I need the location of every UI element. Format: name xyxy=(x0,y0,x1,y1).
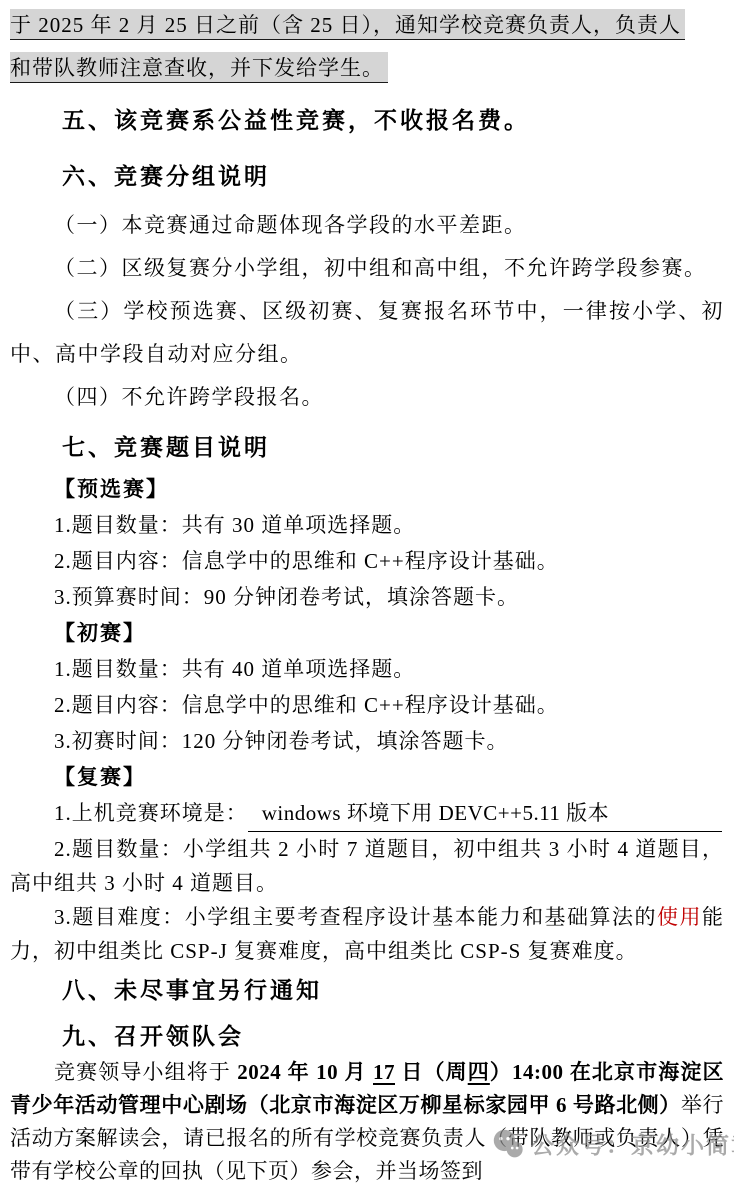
section-7-body: 【预选赛】 1.题目数量：共有 30 道单项选择题。 2.题目内容：信息学中的思… xyxy=(10,471,724,968)
list-item: 2.题目数量：小学组共 2 小时 7 道题目，初中组共 3 小时 4 道题目，高… xyxy=(10,832,724,900)
text-segment: 3.题目难度：小学组主要考查程序设计基本能力和基础算法的 xyxy=(54,905,657,929)
text-segment: 日（周 xyxy=(395,1060,468,1084)
preliminary-round-title: 【预选赛】 xyxy=(54,471,724,507)
environment-line: 1.上机竞赛环境是： windows 环境下用 DEVC++5.11 版本 xyxy=(10,795,724,832)
list-item: 1.题目数量：共有 30 道单项选择题。 xyxy=(10,507,724,543)
list-item: （一）本竞赛通过命题体现各学段的水平差距。 xyxy=(10,204,724,247)
list-item: （三）学校预选赛、区级初赛、复赛报名环节中，一律按小学、初中、高中学段自动对应分… xyxy=(10,290,724,376)
notice-highlight-line: 和带队教师注意查收，并下发给学生。 xyxy=(10,52,388,83)
list-item: 1.题目数量：共有 40 道单项选择题。 xyxy=(10,651,724,687)
notice-highlight-line: 于 2025 年 2 月 25 日之前（含 25 日），通知学校竞赛负责人，负责… xyxy=(10,9,685,40)
section-9-heading: 九、召开领队会 xyxy=(62,1022,724,1050)
text-segment: 使用 xyxy=(657,905,702,929)
text-segment: 17 xyxy=(373,1060,395,1084)
section-9-body: 竞赛领导小组将于 2024 年 10 月 17 日（周四）14:00 在北京市海… xyxy=(10,1056,724,1186)
environment-value-underlined: windows 环境下用 DEVC++5.11 版本 xyxy=(248,795,722,832)
section-5-heading: 五、该竞赛系公益性竞赛，不收报名费。 xyxy=(62,106,724,134)
list-item: （四）不允许跨学段报名。 xyxy=(10,376,724,419)
section-8-heading: 八、未尽事宜另行通知 xyxy=(62,976,724,1004)
list-item: 2.题目内容：信息学中的思维和 C++程序设计基础。 xyxy=(10,687,724,723)
list-item: （二）区级复赛分小学组，初中组和高中组，不允许跨学段参赛。 xyxy=(10,247,724,290)
leaders-meeting-paragraph: 竞赛领导小组将于 2024 年 10 月 17 日（周四）14:00 在北京市海… xyxy=(10,1056,724,1186)
list-item: 2.题目内容：信息学中的思维和 C++程序设计基础。 xyxy=(10,543,724,579)
section-6-body: （一）本竞赛通过命题体现各学段的水平差距。 （二）区级复赛分小学组，初中组和高中… xyxy=(10,204,724,419)
list-item: 3.初赛时间：120 分钟闭卷考试，填涂答题卡。 xyxy=(10,723,724,759)
notice-highlight: 于 2025 年 2 月 25 日之前（含 25 日），通知学校竞赛负责人，负责… xyxy=(10,4,724,90)
section-6-heading: 六、竞赛分组说明 xyxy=(62,162,724,190)
list-item: 3.预算赛时间：90 分钟闭卷考试，填涂答题卡。 xyxy=(10,579,724,615)
first-round-title: 【初赛】 xyxy=(54,615,724,651)
section-7-heading: 七、竞赛题目说明 xyxy=(62,433,724,461)
document-page: 于 2025 年 2 月 25 日之前（含 25 日），通知学校竞赛负责人，负责… xyxy=(0,0,734,1186)
final-round-title: 【复赛】 xyxy=(54,759,724,795)
text-segment: 四 xyxy=(468,1060,490,1084)
environment-label: 1.上机竞赛环境是： xyxy=(54,795,248,832)
list-item: 3.题目难度：小学组主要考查程序设计基本能力和基础算法的使用能力，初中组类比 C… xyxy=(10,900,724,968)
text-segment: 2024 年 10 月 xyxy=(237,1060,373,1084)
text-segment: 竞赛领导小组将于 xyxy=(54,1060,237,1084)
